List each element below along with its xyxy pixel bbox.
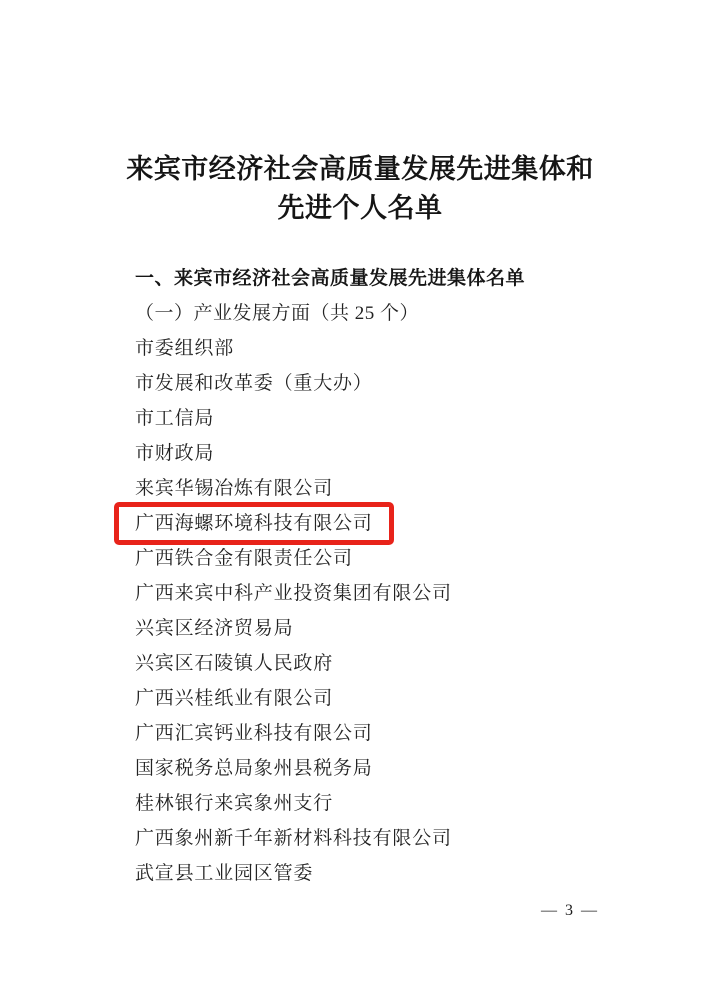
list-item: 广西象州新千年新材料科技有限公司	[135, 821, 615, 856]
list-item: 武宣县工业园区管委	[135, 856, 615, 891]
subsection-heading: （一）产业发展方面（共 25 个）	[135, 296, 615, 331]
document-title: 来宾市经济社会高质量发展先进集体和 先进个人名单	[0, 150, 720, 228]
list-item: 兴宾区经济贸易局	[135, 611, 615, 646]
list-item: 国家税务总局象州县税务局	[135, 751, 615, 786]
list-item: 市财政局	[135, 436, 615, 471]
list-item: 兴宾区石陵镇人民政府	[135, 646, 615, 681]
list-item: 广西汇宾钙业科技有限公司	[135, 716, 615, 751]
section-heading: 一、来宾市经济社会高质量发展先进集体名单	[135, 261, 615, 296]
list-item: 市发展和改革委（重大办）	[135, 366, 615, 401]
page-number: — 3 —	[505, 902, 635, 920]
document-title-line-2: 先进个人名单	[0, 189, 720, 228]
list-item: 市工信局	[135, 401, 615, 436]
list-item: 来宾华锡冶炼有限公司	[135, 471, 615, 506]
document-body: 一、来宾市经济社会高质量发展先进集体名单 （一）产业发展方面（共 25 个） 市…	[135, 261, 615, 891]
list-item: 广西来宾中科产业投资集团有限公司	[135, 576, 615, 611]
document-page: 来宾市经济社会高质量发展先进集体和 先进个人名单 一、来宾市经济社会高质量发展先…	[0, 0, 720, 1000]
list-item: 桂林银行来宾象州支行	[135, 786, 615, 821]
list-item-highlighted: 广西海螺环境科技有限公司	[135, 506, 615, 541]
list-item: 广西铁合金有限责任公司	[135, 541, 615, 576]
list-item: 市委组织部	[135, 331, 615, 366]
list-item: 广西兴桂纸业有限公司	[135, 681, 615, 716]
document-title-line-1: 来宾市经济社会高质量发展先进集体和	[0, 150, 720, 189]
